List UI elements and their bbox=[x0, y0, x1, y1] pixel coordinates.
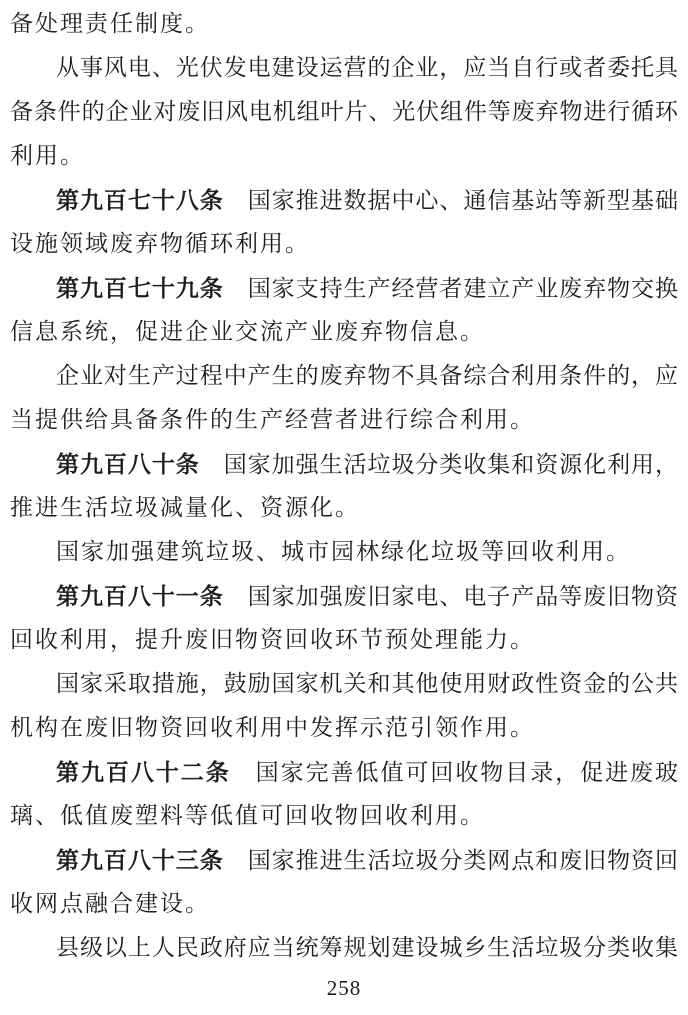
document-body: 备处理责任制度。从事风电、光伏发电建设运营的企业，应当自行或者委托具备条件的企业… bbox=[10, 2, 678, 970]
document-page: 备处理责任制度。从事风电、光伏发电建设运营的企业，应当自行或者委托具备条件的企业… bbox=[0, 0, 688, 1015]
text-segment: 国家推进数据中心、通信基站等新型基础 bbox=[224, 188, 678, 213]
text-segment: 设施领域废弃物循环利用。 bbox=[10, 231, 310, 256]
text-segment: 利用。 bbox=[10, 143, 85, 168]
text-line: 国家采取措施，鼓励国家机关和其他使用财政性资金的公共 bbox=[10, 662, 678, 706]
text-segment: 县级以上人民政府应当统筹规划建设城乡生活垃圾分类收集 bbox=[56, 935, 678, 960]
text-segment: 回收利用，提升废旧物资回收环节预处理能力。 bbox=[10, 627, 535, 652]
text-line: 第九百七十八条 国家推进数据中心、通信基站等新型基础 bbox=[10, 178, 678, 222]
text-line: 第九百八十二条 国家完善低值可回收物目录，促进废玻 bbox=[10, 750, 678, 794]
text-segment: 国家推进生活垃圾分类网点和废旧物资回 bbox=[224, 848, 678, 873]
text-line: 设施领域废弃物循环利用。 bbox=[10, 222, 678, 266]
text-line: 第九百八十一条 国家加强废旧家电、电子产品等废旧物资 bbox=[10, 574, 678, 618]
text-line: 机构在废旧物资回收利用中发挥示范引领作用。 bbox=[10, 706, 678, 750]
article-number: 第九百八十二条 bbox=[56, 759, 231, 785]
article-number: 第九百八十一条 bbox=[56, 583, 224, 609]
text-segment: 推进生活垃圾减量化、资源化。 bbox=[10, 495, 360, 520]
text-segment: 国家加强生活垃圾分类收集和资源化利用， bbox=[200, 452, 678, 477]
text-segment: 备条件的企业对废旧风电机组叶片、光伏组件等废弃物进行循环 bbox=[10, 99, 678, 124]
text-line: 从事风电、光伏发电建设运营的企业，应当自行或者委托具 bbox=[10, 46, 678, 90]
text-line: 收网点融合建设。 bbox=[10, 882, 678, 926]
text-line: 推进生活垃圾减量化、资源化。 bbox=[10, 486, 678, 530]
article-number: 第九百八十条 bbox=[56, 451, 200, 477]
page-footer: 258 bbox=[10, 976, 678, 1000]
text-line: 第九百七十九条 国家支持生产经营者建立产业废弃物交换 bbox=[10, 266, 678, 310]
text-segment: 企业对生产过程中产生的废弃物不具备综合利用条件的，应 bbox=[56, 363, 678, 388]
text-line: 企业对生产过程中产生的废弃物不具备综合利用条件的，应 bbox=[10, 354, 678, 398]
article-number: 第九百八十三条 bbox=[56, 847, 224, 873]
text-line: 信息系统，促进企业交流产业废弃物信息。 bbox=[10, 310, 678, 354]
text-segment: 收网点融合建设。 bbox=[10, 891, 210, 916]
text-line: 备处理责任制度。 bbox=[10, 2, 678, 46]
text-line: 当提供给具备条件的生产经营者进行综合利用。 bbox=[10, 398, 678, 442]
text-line: 璃、低值废塑料等低值可回收物回收利用。 bbox=[10, 794, 678, 838]
text-segment: 国家采取措施，鼓励国家机关和其他使用财政性资金的公共 bbox=[56, 671, 678, 696]
text-segment: 信息系统，促进企业交流产业废弃物信息。 bbox=[10, 319, 485, 344]
text-segment: 国家支持生产经营者建立产业废弃物交换 bbox=[224, 276, 678, 301]
text-segment: 当提供给具备条件的生产经营者进行综合利用。 bbox=[10, 407, 535, 432]
text-segment: 机构在废旧物资回收利用中发挥示范引领作用。 bbox=[10, 715, 535, 740]
text-segment: 国家完善低值可回收物目录，促进废玻 bbox=[231, 760, 678, 785]
article-number: 第九百七十九条 bbox=[56, 275, 224, 301]
text-segment: 备处理责任制度。 bbox=[10, 11, 210, 36]
text-line: 备条件的企业对废旧风电机组叶片、光伏组件等废弃物进行循环 bbox=[10, 90, 678, 134]
text-line: 第九百八十条 国家加强生活垃圾分类收集和资源化利用， bbox=[10, 442, 678, 486]
text-line: 国家加强建筑垃圾、城市园林绿化垃圾等回收利用。 bbox=[10, 530, 678, 574]
text-line: 利用。 bbox=[10, 134, 678, 178]
article-number: 第九百七十八条 bbox=[56, 187, 224, 213]
text-segment: 璃、低值废塑料等低值可回收物回收利用。 bbox=[10, 803, 485, 828]
text-line: 回收利用，提升废旧物资回收环节预处理能力。 bbox=[10, 618, 678, 662]
text-segment: 国家加强建筑垃圾、城市园林绿化垃圾等回收利用。 bbox=[56, 539, 631, 564]
text-line: 第九百八十三条 国家推进生活垃圾分类网点和废旧物资回 bbox=[10, 838, 678, 882]
text-line: 县级以上人民政府应当统筹规划建设城乡生活垃圾分类收集 bbox=[10, 926, 678, 970]
text-segment: 从事风电、光伏发电建设运营的企业，应当自行或者委托具 bbox=[56, 55, 678, 80]
page-number: 258 bbox=[327, 976, 362, 1000]
text-segment: 国家加强废旧家电、电子产品等废旧物资 bbox=[224, 584, 678, 609]
